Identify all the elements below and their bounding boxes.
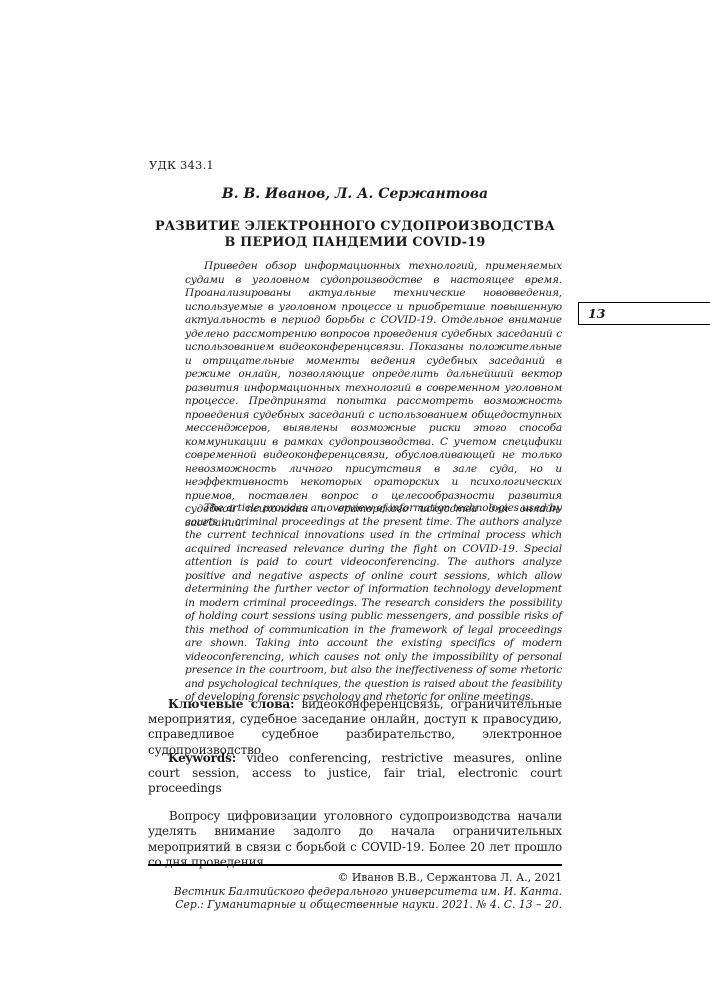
footer-series-info: Сер.: Гуманитарные и общественные науки.… <box>148 898 562 912</box>
article-title-line-2: В ПЕРИОД ПАНДЕМИИ COVID-19 <box>148 235 562 251</box>
authors-line: В. В. Иванов, Л. А. Сержантова <box>148 186 562 202</box>
udc-code: УДК 343.1 <box>149 158 214 172</box>
footer-divider <box>148 864 562 866</box>
abstract-english: The article provides an overview of info… <box>185 502 562 705</box>
page-number: 13 <box>579 303 605 324</box>
footer-journal-title: Вестник Балтийского федерального универс… <box>148 885 562 899</box>
keywords-english: Keywords: video conferencing, restrictiv… <box>148 751 562 797</box>
body-paragraph: Вопросу цифровизации уголовного судопрои… <box>148 809 562 870</box>
page-number-box: 13 <box>578 302 710 325</box>
footer-copyright: © Иванов В.В., Сержантова Л. А., 2021 <box>148 871 562 885</box>
article-title: РАЗВИТИЕ ЭЛЕКТРОННОГО СУДОПРОИЗВОДСТВА В… <box>148 219 562 250</box>
keywords-russian-label: Ключевые слова: <box>168 697 294 711</box>
keywords-russian: Ключевые слова: видеоконференцсвязь, огр… <box>148 697 562 758</box>
article-title-line-1: РАЗВИТИЕ ЭЛЕКТРОННОГО СУДОПРОИЗВОДСТВА <box>148 219 562 235</box>
abstract-russian: Приведен обзор информационных технологий… <box>185 260 562 530</box>
keywords-english-label: Keywords: <box>168 751 236 765</box>
document-page: УДК 343.1 В. В. Иванов, Л. А. Сержантова… <box>0 0 710 1003</box>
footer: © Иванов В.В., Сержантова Л. А., 2021 Ве… <box>148 871 562 912</box>
